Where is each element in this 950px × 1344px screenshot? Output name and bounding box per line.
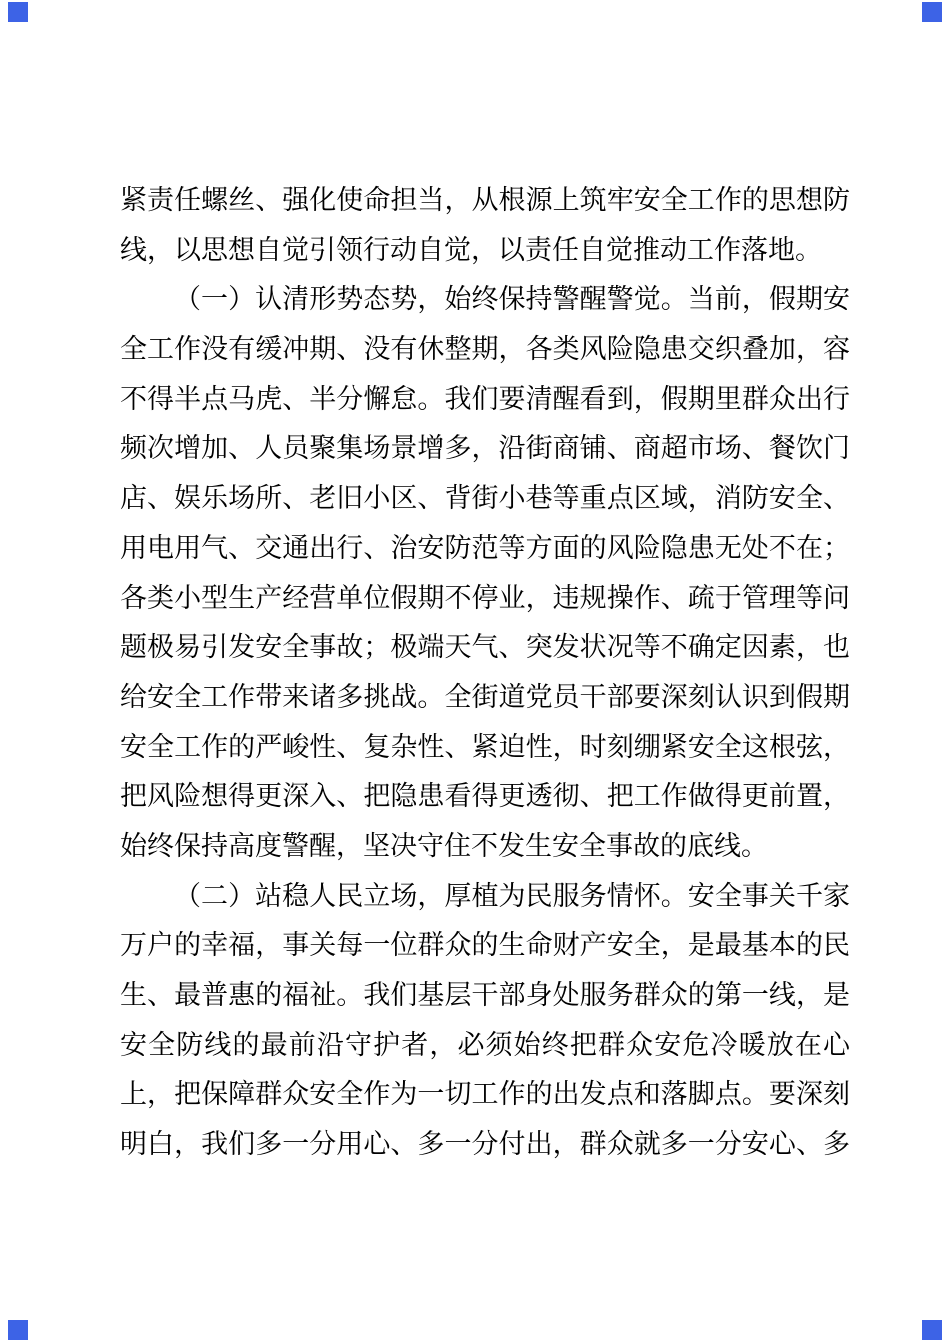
text-line: 线，以思想自觉引领行动自觉，以责任自觉推动工作落地。 [120, 226, 850, 276]
corner-marker-top-left [8, 2, 28, 22]
text-line: 安全工作的严峻性、复杂性、紧迫性，时刻绷紧安全这根弦， [120, 723, 850, 773]
text-line: 频次增加、人员聚集场景增多，沿街商铺、商超市场、餐饮门 [120, 424, 850, 474]
text-line: 店、娱乐场所、老旧小区、背街小巷等重点区域，消防安全、 [120, 474, 850, 524]
text-line: 各类小型生产经营单位假期不停业，违规操作、疏于管理等问 [120, 574, 850, 624]
corner-marker-bottom-left [8, 1320, 28, 1340]
text-line: 紧责任螺丝、强化使命担当，从根源上筑牢安全工作的思想防 [120, 176, 850, 226]
text-line: 用电用气、交通出行、治安防范等方面的风险隐患无处不在； [120, 524, 850, 574]
text-line: （二）站稳人民立场，厚植为民服务情怀。安全事关千家 [120, 872, 850, 922]
text-line: 题极易引发安全事故；极端天气、突发状况等不确定因素，也 [120, 623, 850, 673]
text-line: 明白，我们多一分用心、多一分付出，群众就多一分安心、多 [120, 1120, 850, 1170]
text-line: 始终保持高度警醒，坚决守住不发生安全事故的底线。 [120, 822, 850, 872]
text-line: 给安全工作带来诸多挑战。全街道党员干部要深刻认识到假期 [120, 673, 850, 723]
document-page: 紧责任螺丝、强化使命担当，从根源上筑牢安全工作的思想防 线，以思想自觉引领行动自… [0, 0, 950, 1344]
corner-marker-bottom-right [922, 1320, 942, 1340]
text-line: 万户的幸福，事关每一位群众的生命财产安全，是最基本的民 [120, 921, 850, 971]
text-line: 把风险想得更深入、把隐患看得更透彻、把工作做得更前置， [120, 772, 850, 822]
corner-marker-top-right [922, 2, 942, 22]
text-line: 不得半点马虎、半分懈怠。我们要清醒看到，假期里群众出行 [120, 375, 850, 425]
text-line: 全工作没有缓冲期、没有休整期，各类风险隐患交织叠加，容 [120, 325, 850, 375]
document-body: 紧责任螺丝、强化使命担当，从根源上筑牢安全工作的思想防 线，以思想自觉引领行动自… [120, 176, 850, 1170]
text-line: 安全防线的最前沿守护者，必须始终把群众安危冷暖放在心 [120, 1021, 850, 1071]
text-line: 上，把保障群众安全作为一切工作的出发点和落脚点。要深刻 [120, 1070, 850, 1120]
text-line: （一）认清形势态势，始终保持警醒警觉。当前，假期安 [120, 275, 850, 325]
text-line: 生、最普惠的福祉。我们基层干部身处服务群众的第一线，是 [120, 971, 850, 1021]
